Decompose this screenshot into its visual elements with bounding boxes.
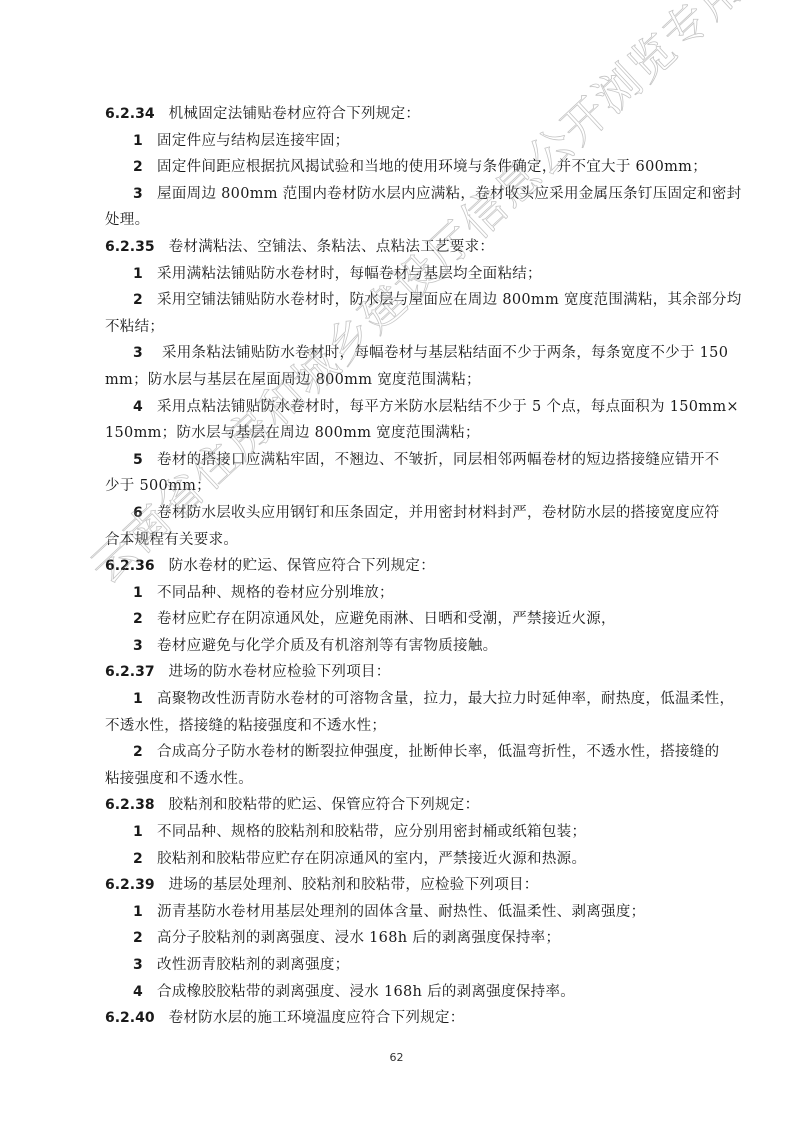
clause-heading: 6.2.38胶粘剂和胶粘带的贮运、保管应符合下列规定： — [105, 792, 695, 819]
line-text: 不同品种、规格的卷材应分别堆放； — [157, 585, 394, 601]
list-item: 1固定件应与结构层连接牢固； — [105, 128, 695, 155]
clause-number: 6.2.37 — [105, 659, 155, 686]
clause-number: 6.2.40 — [105, 1005, 155, 1032]
line-text: 胶粘剂和胶粘带的贮运、保管应符合下列规定： — [169, 797, 480, 813]
line-text: mm；防水层与基层在屋面周边 800mm 宽度范围满粘； — [105, 372, 481, 388]
line-text: 合本规程有关要求。 — [105, 532, 238, 548]
line-text: 固定件间距应根据抗风揭试验和当地的使用环境与条件确定，并不宜大于 600mm； — [157, 159, 707, 175]
item-number: 1 — [133, 819, 143, 846]
clause-heading: 6.2.34机械固定法铺贴卷材应符合下列规定： — [105, 101, 695, 128]
clause-heading: 6.2.40卷材防水层的施工环境温度应符合下列规定： — [105, 1005, 695, 1032]
line-text: 屋面周边 800mm 范围内卷材防水层内应满粘，卷材收头应采用金属压条钉压固定和… — [157, 186, 742, 202]
continuation-line: 150mm；防水层与基层在周边 800mm 宽度范围满粘； — [105, 420, 695, 447]
item-number: 4 — [133, 979, 143, 1006]
item-number: 3 — [133, 633, 143, 660]
line-text: 机械固定法铺贴卷材应符合下列规定： — [169, 106, 421, 122]
item-number: 2 — [133, 287, 143, 314]
continuation-line: 粘接强度和不透水性。 — [105, 766, 695, 793]
list-item: 2固定件间距应根据抗风揭试验和当地的使用环境与条件确定，并不宜大于 600mm； — [105, 154, 695, 181]
line-text: 采用空铺法铺贴防水卷材时，防水层与屋面应在周边 800mm 宽度范围满粘，其余部… — [157, 292, 742, 308]
line-text: 不同品种、规格的胶粘剂和胶粘带，应分别用密封桶或纸箱包装； — [157, 824, 586, 840]
list-item: 2采用空铺法铺贴防水卷材时，防水层与屋面应在周边 800mm 宽度范围满粘，其余… — [105, 287, 695, 314]
list-item: 1沥青基防水卷材用基层处理剂的固体含量、耐热性、低温柔性、剥离强度； — [105, 899, 695, 926]
list-item: 1不同品种、规格的卷材应分别堆放； — [105, 580, 695, 607]
item-number: 2 — [133, 846, 143, 873]
line-text: 沥青基防水卷材用基层处理剂的固体含量、耐热性、低温柔性、剥离强度； — [157, 904, 645, 920]
list-item: 1不同品种、规格的胶粘剂和胶粘带，应分别用密封桶或纸箱包装； — [105, 819, 695, 846]
line-text: 卷材防水层收头应用钢钉和压条固定，并用密封材料封严，卷材防水层的搭接宽度应符 — [157, 505, 719, 521]
continuation-line: 不粘结； — [105, 314, 695, 341]
line-text: 高聚物改性沥青防水卷材的可溶物含量，拉力，最大拉力时延伸率，耐热度，低温柔性， — [157, 691, 734, 707]
line-text: 采用点粘法铺贴防水卷材时，每平方米防水层粘结不少于 5 个点，每点面积为 150… — [157, 399, 739, 415]
item-number: 4 — [133, 394, 143, 421]
document-page: 6.2.34机械固定法铺贴卷材应符合下列规定：1固定件应与结构层连接牢固；2固定… — [0, 0, 793, 1122]
clause-number: 6.2.35 — [105, 234, 155, 261]
list-item: 4采用点粘法铺贴防水卷材时，每平方米防水层粘结不少于 5 个点，每点面积为 15… — [105, 394, 695, 421]
line-text: 合成橡胶胶粘带的剥离强度、浸水 168h 后的剥离强度保持率。 — [157, 984, 575, 1000]
item-number: 5 — [133, 447, 143, 474]
line-text: 进场的基层处理剂、胶粘剂和胶粘带，应检验下列项目： — [169, 877, 539, 893]
item-number: 2 — [133, 606, 143, 633]
line-text: 防水卷材的贮运、保管应符合下列规定： — [169, 558, 435, 574]
item-number: 1 — [133, 580, 143, 607]
continuation-line: mm；防水层与基层在屋面周边 800mm 宽度范围满粘； — [105, 367, 695, 394]
item-number: 1 — [133, 128, 143, 155]
list-item: 2合成高分子防水卷材的断裂拉伸强度，扯断伸长率，低温弯折性，不透水性，搭接缝的 — [105, 739, 695, 766]
list-item: 2卷材应贮存在阴凉通风处，应避免雨淋、日晒和受潮，严禁接近火源， — [105, 606, 695, 633]
line-text: 改性沥青胶粘剂的剥离强度； — [157, 957, 349, 973]
clause-number: 6.2.38 — [105, 792, 155, 819]
line-text: 高分子胶粘剂的剥离强度、浸水 168h 后的剥离强度保持率； — [157, 930, 560, 946]
list-item: 1采用满粘法铺贴防水卷材时，每幅卷材与基层均全面粘结； — [105, 261, 695, 288]
list-item: 3 采用条粘法铺贴防水卷材时，每幅卷材与基层粘结面不少于两条，每条宽度不少于 1… — [105, 340, 695, 367]
line-text: 卷材应避免与化学介质及有机溶剂等有害物质接触。 — [157, 638, 497, 654]
page-number: 62 — [0, 1051, 793, 1064]
clause-number: 6.2.36 — [105, 553, 155, 580]
clause-heading: 6.2.35卷材满粘法、空铺法、条粘法、点粘法工艺要求： — [105, 234, 695, 261]
item-number: 6 — [133, 500, 143, 527]
line-text: 卷材应贮存在阴凉通风处，应避免雨淋、日晒和受潮，严禁接近火源， — [157, 611, 616, 627]
clause-heading: 6.2.37进场的防水卷材应检验下列项目： — [105, 659, 695, 686]
continuation-line: 不透水性，搭接缝的粘接强度和不透水性； — [105, 713, 695, 740]
line-text: 采用条粘法铺贴防水卷材时，每幅卷材与基层粘结面不少于两条，每条宽度不少于 150 — [157, 345, 728, 361]
line-text: 处理。 — [105, 212, 149, 228]
clause-number: 6.2.39 — [105, 872, 155, 899]
list-item: 4合成橡胶胶粘带的剥离强度、浸水 168h 后的剥离强度保持率。 — [105, 979, 695, 1006]
clause-number: 6.2.34 — [105, 101, 155, 128]
list-item: 5卷材的搭接口应满粘牢固，不翘边、不皱折，同层相邻两幅卷材的短边搭接缝应错开不 — [105, 447, 695, 474]
list-item: 3屋面周边 800mm 范围内卷材防水层内应满粘，卷材收头应采用金属压条钉压固定… — [105, 181, 695, 208]
item-number: 3 — [133, 952, 143, 979]
line-text: 胶粘剂和胶粘带应贮存在阴凉通风的室内，严禁接近火源和热源。 — [157, 851, 586, 867]
item-number: 2 — [133, 739, 143, 766]
continuation-line: 合本规程有关要求。 — [105, 527, 695, 554]
list-item: 3改性沥青胶粘剂的剥离强度； — [105, 952, 695, 979]
list-item: 1高聚物改性沥青防水卷材的可溶物含量，拉力，最大拉力时延伸率，耐热度，低温柔性， — [105, 686, 695, 713]
line-text: 卷材满粘法、空铺法、条粘法、点粘法工艺要求： — [169, 239, 495, 255]
continuation-line: 少于 500mm； — [105, 473, 695, 500]
continuation-line: 处理。 — [105, 207, 695, 234]
line-text: 不透水性，搭接缝的粘接强度和不透水性； — [105, 718, 386, 734]
item-number: 1 — [133, 261, 143, 288]
item-number: 1 — [133, 686, 143, 713]
line-text: 采用满粘法铺贴防水卷材时，每幅卷材与基层均全面粘结； — [157, 266, 542, 282]
line-text: 150mm；防水层与基层在周边 800mm 宽度范围满粘； — [105, 425, 480, 441]
line-text: 少于 500mm； — [105, 478, 211, 494]
document-body: 6.2.34机械固定法铺贴卷材应符合下列规定：1固定件应与结构层连接牢固；2固定… — [105, 101, 695, 1032]
line-text: 粘接强度和不透水性。 — [105, 771, 253, 787]
list-item: 2高分子胶粘剂的剥离强度、浸水 168h 后的剥离强度保持率； — [105, 925, 695, 952]
line-text: 不粘结； — [105, 319, 164, 335]
line-text: 合成高分子防水卷材的断裂拉伸强度，扯断伸长率，低温弯折性，不透水性，搭接缝的 — [157, 744, 719, 760]
item-number: 1 — [133, 899, 143, 926]
line-text: 进场的防水卷材应检验下列项目： — [169, 664, 391, 680]
item-number: 2 — [133, 925, 143, 952]
line-text: 卷材防水层的施工环境温度应符合下列规定： — [169, 1010, 465, 1026]
list-item: 3卷材应避免与化学介质及有机溶剂等有害物质接触。 — [105, 633, 695, 660]
line-text: 卷材的搭接口应满粘牢固，不翘边、不皱折，同层相邻两幅卷材的短边搭接缝应错开不 — [157, 452, 719, 468]
clause-heading: 6.2.36防水卷材的贮运、保管应符合下列规定： — [105, 553, 695, 580]
clause-heading: 6.2.39进场的基层处理剂、胶粘剂和胶粘带，应检验下列项目： — [105, 872, 695, 899]
item-number: 2 — [133, 154, 143, 181]
list-item: 6卷材防水层收头应用钢钉和压条固定，并用密封材料封严，卷材防水层的搭接宽度应符 — [105, 500, 695, 527]
list-item: 2胶粘剂和胶粘带应贮存在阴凉通风的室内，严禁接近火源和热源。 — [105, 846, 695, 873]
item-number: 3 — [133, 181, 143, 208]
item-number: 3 — [133, 340, 143, 367]
line-text: 固定件应与结构层连接牢固； — [157, 133, 349, 149]
